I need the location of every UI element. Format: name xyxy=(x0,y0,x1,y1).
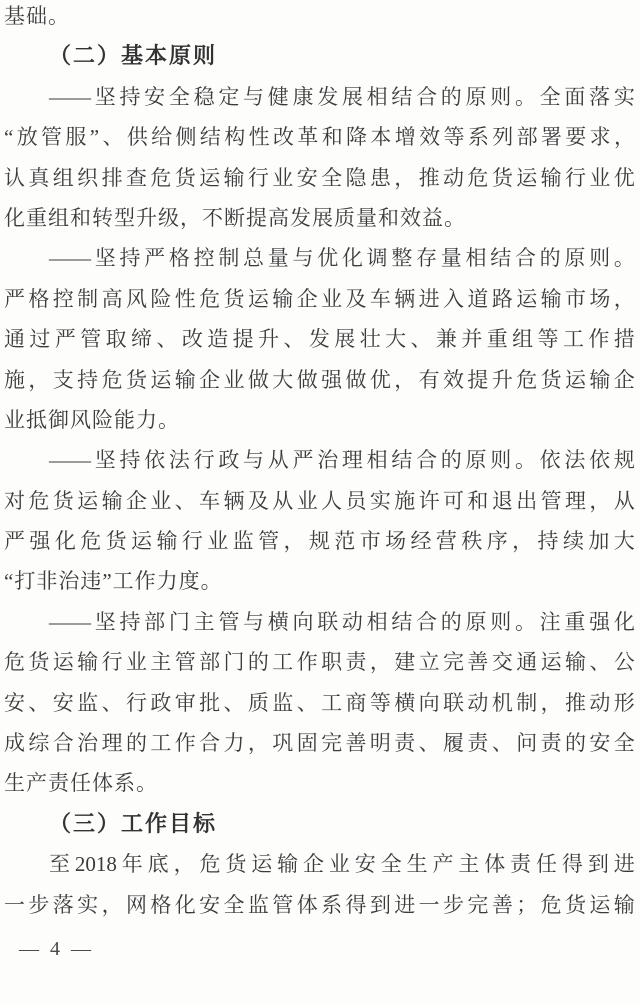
text-line: 认真组织排查危货运输行业安全隐患，推动危货运输行业优 xyxy=(4,158,635,198)
text-line: 严强化危货运输行业监管，规范市场经营秩序，持续加大 xyxy=(4,521,635,561)
text-line: ——坚持严格控制总量与优化调整存量相结合的原则。 xyxy=(4,238,635,278)
text-line: 安、安监、行政审批、质监、工商等横向联动机制，推动形 xyxy=(4,683,635,723)
text-line: 生产责任体系。 xyxy=(4,763,635,803)
text-line: 成综合治理的工作合力，巩固完善明责、履责、问责的安全 xyxy=(4,723,635,763)
text-line: 通过严管取缔、改造提升、发展壮大、兼并重组等工作措 xyxy=(4,319,635,359)
text-line: 至2018年底，危货运输企业安全生产主体责任得到进 xyxy=(4,844,635,884)
text-line: ——坚持安全稳定与健康发展相结合的原则。全面落实 xyxy=(4,77,635,117)
text-line: 业抵御风险能力。 xyxy=(4,400,635,440)
section-heading: （三）工作目标 xyxy=(4,804,635,844)
text-line: 基础。 xyxy=(4,0,635,36)
text-line: 化重组和转型升级，不断提高发展质量和效益。 xyxy=(4,198,635,238)
page-footer: — 4 — xyxy=(19,934,94,964)
document-body: 基础。（二）基本原则——坚持安全稳定与健康发展相结合的原则。全面落实“放管服”、… xyxy=(4,0,635,925)
text-line: 施，支持危货运输企业做大做强做优，有效提升危货运输企 xyxy=(4,360,635,400)
text-line: 严格控制高风险性危货运输企业及车辆进入道路运输市场， xyxy=(4,279,635,319)
text-line: “打非治违”工作力度。 xyxy=(4,561,635,601)
document-page: 基础。（二）基本原则——坚持安全稳定与健康发展相结合的原则。全面落实“放管服”、… xyxy=(0,0,640,1005)
text-line: ——坚持依法行政与从严治理相结合的原则。依法依规 xyxy=(4,440,635,480)
page-number: — 4 — xyxy=(19,938,94,960)
text-line: “放管服”、供给侧结构性改革和降本增效等系列部署要求， xyxy=(4,117,635,157)
text-line: 对危货运输企业、车辆及从业人员实施许可和退出管理，从 xyxy=(4,481,635,521)
text-line: ——坚持部门主管与横向联动相结合的原则。注重强化 xyxy=(4,602,635,642)
text-line: 一步落实，网格化安全监管体系得到进一步完善；危货运输 xyxy=(4,885,635,925)
section-heading: （二）基本原则 xyxy=(4,36,635,76)
text-line: 危货运输行业主管部门的工作职责，建立完善交通运输、公 xyxy=(4,642,635,682)
